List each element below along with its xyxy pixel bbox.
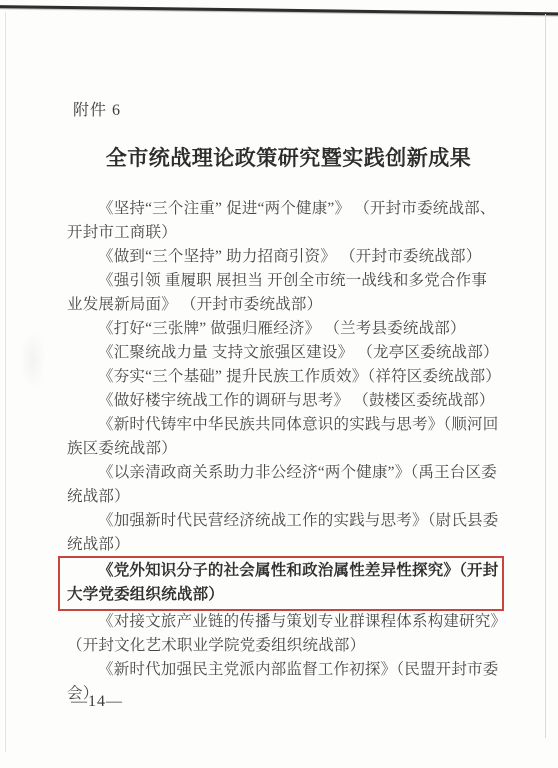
- list-item: 《新时代铸牢中华民族共同体意识的实践与思考》（顺河回 族区委统战部）: [67, 413, 510, 461]
- page-number: —14—: [71, 693, 123, 711]
- list-item: 《对接文旅产业链的传播与策划专业群课程体系构建研究》 （开封文化艺术职业学院党委…: [67, 610, 510, 658]
- scan-left-edge: [5, 12, 6, 752]
- list-item: 《以亲清政商关系助力非公经济“两个健康”》（禹王台区委 统战部）: [67, 461, 510, 509]
- list-item: 《做到“三个坚持” 助力招商引资》 （开封市委统战部）: [67, 245, 510, 269]
- list-item: 《坚持“三个注重” 促进“两个健康”》 （开封市委统战部、 开封市工商联）: [67, 197, 510, 245]
- attachment-label: 附件 6: [73, 99, 510, 123]
- scanned-page: 附件 6 全市统战理论政策研究暨实践创新成果 《坚持“三个注重” 促进“两个健康…: [0, 0, 558, 768]
- scan-right-edge: [545, 14, 546, 738]
- scan-smudge: [20, 330, 46, 390]
- list-item: 《强引领 重履职 展担当 开创全市统一战线和多党合作事 业发展新局面》 （开封市…: [67, 269, 510, 317]
- list-item-highlighted: 《党外知识分子的社会属性和政治属性差异性探究》（开封 大学党委组织统战部）: [58, 556, 504, 611]
- list-item: 《新时代加强民主党派内部监督工作初探》（民盟开封市委 会）: [67, 658, 510, 706]
- list-item: 《做好楼宇统战工作的调研与思考》 （鼓楼区委统战部）: [67, 389, 510, 413]
- document-content: 附件 6 全市统战理论政策研究暨实践创新成果 《坚持“三个注重” 促进“两个健康…: [67, 0, 510, 706]
- document-title: 全市统战理论政策研究暨实践创新成果: [67, 143, 510, 173]
- list-item: 《夯实“三个基础” 提升民族工作质效》（祥符区委统战部）: [67, 365, 510, 389]
- list-item: 《加强新时代民营经济统战工作的实践与思考》（尉氏县委 统战部）: [67, 509, 510, 557]
- list-item: 《汇聚统战力量 支持文旅强区建设》 （龙亭区委统战部）: [67, 341, 510, 365]
- items-list: 《坚持“三个注重” 促进“两个健康”》 （开封市委统战部、 开封市工商联）《做到…: [67, 197, 510, 706]
- list-item: 《打好“三张牌” 做强归雁经济》 （兰考县委统战部）: [67, 317, 510, 341]
